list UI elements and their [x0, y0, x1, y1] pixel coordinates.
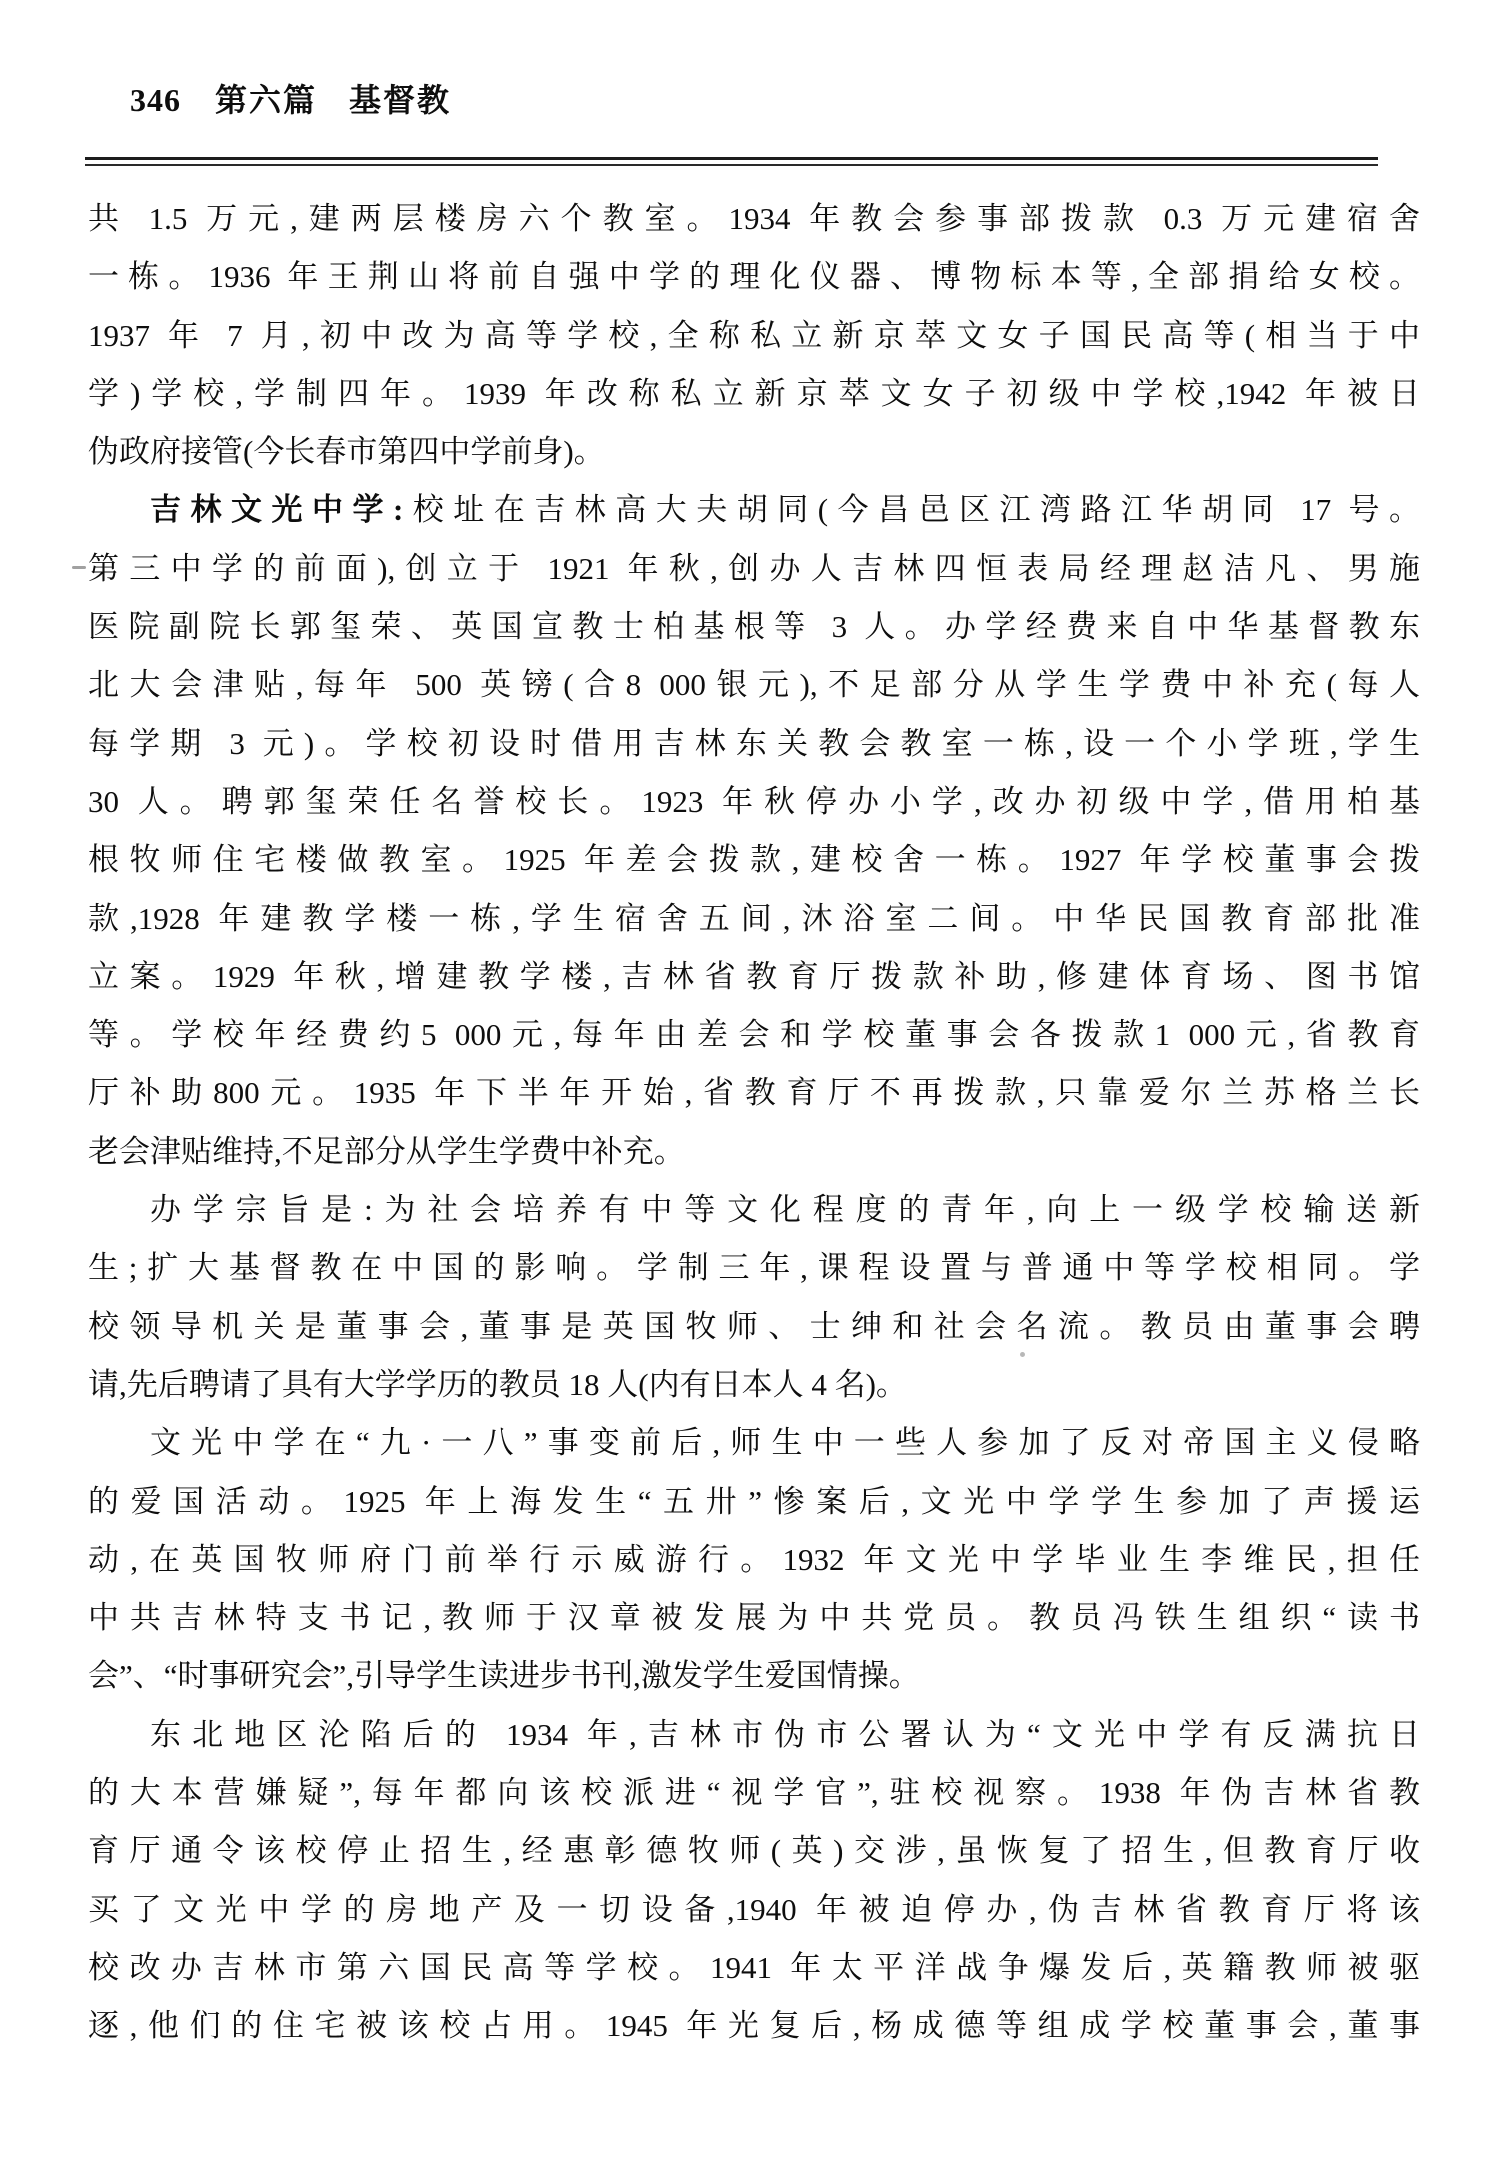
- chapter-title: 基督教: [349, 82, 451, 118]
- text-line: 30 人。聘郭玺荣任名誉校长。1923 年秋停办小学,改办初级中学,借用柏基: [88, 773, 1420, 831]
- text-line: 根牧师住宅楼做教室。1925 年差会拨款,建校舍一栋。1927 年学校董事会拨: [88, 831, 1420, 889]
- text-line: 共 1.5 万元,建两层楼房六个教室。1934 年教会参事部拨款 0.3 万元建…: [88, 190, 1420, 248]
- page-number: 346: [130, 82, 181, 118]
- text-line: 文光中学在“九·一八”事变前后,师生中一些人参加了反对帝国主义侵略: [88, 1414, 1420, 1472]
- text-line: 款,1928 年建教学楼一栋,学生宿舍五间,沐浴室二间。中华民国教育部批准: [88, 890, 1420, 948]
- text-line: 厅补助800元。1935 年下半年开始,省教育厅不再拨款,只靠爱尔兰苏格兰长: [88, 1064, 1420, 1122]
- paragraph: 文光中学在“九·一八”事变前后,师生中一些人参加了反对帝国主义侵略 的爱国活动。…: [88, 1414, 1420, 1705]
- text-line: 逐,他们的住宅被该校占用。1945 年光复后,杨成德等组成学校董事会,董事: [88, 1997, 1420, 2055]
- text-line: 北大会津贴,每年 500 英镑(合8 000银元),不足部分从学生学费中补充(每…: [88, 656, 1420, 714]
- text-line: 一栋。1936 年王荆山将前自强中学的理化仪器、博物标本等,全部捐给女校。: [88, 248, 1420, 306]
- header-divider-rule: [85, 157, 1378, 166]
- text-line: 请,先后聘请了具有大学学历的教员 18 人(内有日本人 4 名)。: [88, 1356, 1420, 1414]
- text-line: 每学期 3 元)。学校初设时借用吉林东关教会教室一栋,设一个小学班,学生: [88, 715, 1420, 773]
- text-line: 办学宗旨是:为社会培养有中等文化程度的青年,向上一级学校输送新: [88, 1181, 1420, 1239]
- text-line: 的大本营嫌疑”,每年都向该校派进“视学官”,驻校视察。1938 年伪吉林省教: [88, 1764, 1420, 1822]
- text-line: 的爱国活动。1925 年上海发生“五卅”惨案后,文光中学学生参加了声援运: [88, 1473, 1420, 1531]
- text-line: 学)学校,学制四年。1939 年改称私立新京萃文女子初级中学校,1942 年被日: [88, 365, 1420, 423]
- section-title: 第六篇: [215, 82, 317, 118]
- text-line: 生;扩大基督教在中国的影响。学制三年,课程设置与普通中等学校相同。学: [88, 1239, 1420, 1297]
- text-line: 等。学校年经费约5 000元,每年由差会和学校董事会各拨款1 000元,省教育: [88, 1006, 1420, 1064]
- text-line: 会”、“时事研究会”,引导学生读进步书刊,激发学生爱国情操。: [88, 1647, 1420, 1705]
- paragraph: 东北地区沦陷后的 1934 年,吉林市伪市公署认为“文光中学有反满抗日 的大本营…: [88, 1706, 1420, 2056]
- text-line: 伪政府接管(今长春市第四中学前身)。: [88, 423, 1420, 481]
- paragraph: 吉林文光中学:校址在吉林高大夫胡同(今昌邑区江湾路江华胡同 17 号。 第三中学…: [88, 481, 1420, 1181]
- text-line: 校领导机关是董事会,董事是英国牧师、士绅和社会名流。教员由董事会聘: [88, 1298, 1420, 1356]
- text-line: 立案。1929 年秋,增建教学楼,吉林省教育厅拨款补助,修建体育场、图书馆: [88, 948, 1420, 1006]
- text-line: 育厅通令该校停止招生,经惠彰德牧师(英)交涉,虽恢复了招生,但教育厅收: [88, 1822, 1420, 1880]
- scan-artifact: [1020, 1352, 1025, 1357]
- text-line: 老会津贴维持,不足部分从学生学费中补充。: [88, 1123, 1420, 1181]
- text-line: 第三中学的前面),创立于 1921 年秋,创办人吉林四恒表局经理赵洁凡、男施: [88, 540, 1420, 598]
- text-line: 1937 年 7 月,初中改为高等学校,全称私立新京萃文女子国民高等(相当于中: [88, 307, 1420, 365]
- paragraph: 办学宗旨是:为社会培养有中等文化程度的青年,向上一级学校输送新 生;扩大基督教在…: [88, 1181, 1420, 1414]
- page-header: 346第六篇基督教: [130, 82, 451, 118]
- text-line: 东北地区沦陷后的 1934 年,吉林市伪市公署认为“文光中学有反满抗日: [88, 1706, 1420, 1764]
- text-line: 医院副院长郭玺荣、英国宣教士柏基根等 3 人。办学经费来自中华基督教东: [88, 598, 1420, 656]
- page-body-text: 共 1.5 万元,建两层楼房六个教室。1934 年教会参事部拨款 0.3 万元建…: [88, 190, 1420, 2056]
- school-name-lead: 吉林文光中学:: [150, 492, 403, 527]
- text-line: 买了文光中学的房地产及一切设备,1940 年被迫停办,伪吉林省教育厅将该: [88, 1881, 1420, 1939]
- text-line: 吉林文光中学:校址在吉林高大夫胡同(今昌邑区江湾路江华胡同 17 号。: [88, 481, 1420, 539]
- text-line: 动,在英国牧师府门前举行示威游行。1932 年文光中学毕业生李维民,担任: [88, 1531, 1420, 1589]
- paragraph: 共 1.5 万元,建两层楼房六个教室。1934 年教会参事部拨款 0.3 万元建…: [88, 190, 1420, 481]
- scan-artifact: [72, 566, 86, 569]
- text-segment: 校址在吉林高大夫胡同(今昌邑区江湾路江华胡同 17 号。: [403, 492, 1420, 527]
- text-line: 中共吉林特支书记,教师于汉章被发展为中共党员。教员冯铁生组织“读书: [88, 1589, 1420, 1647]
- text-line: 校改办吉林市第六国民高等学校。1941 年太平洋战争爆发后,英籍教师被驱: [88, 1939, 1420, 1997]
